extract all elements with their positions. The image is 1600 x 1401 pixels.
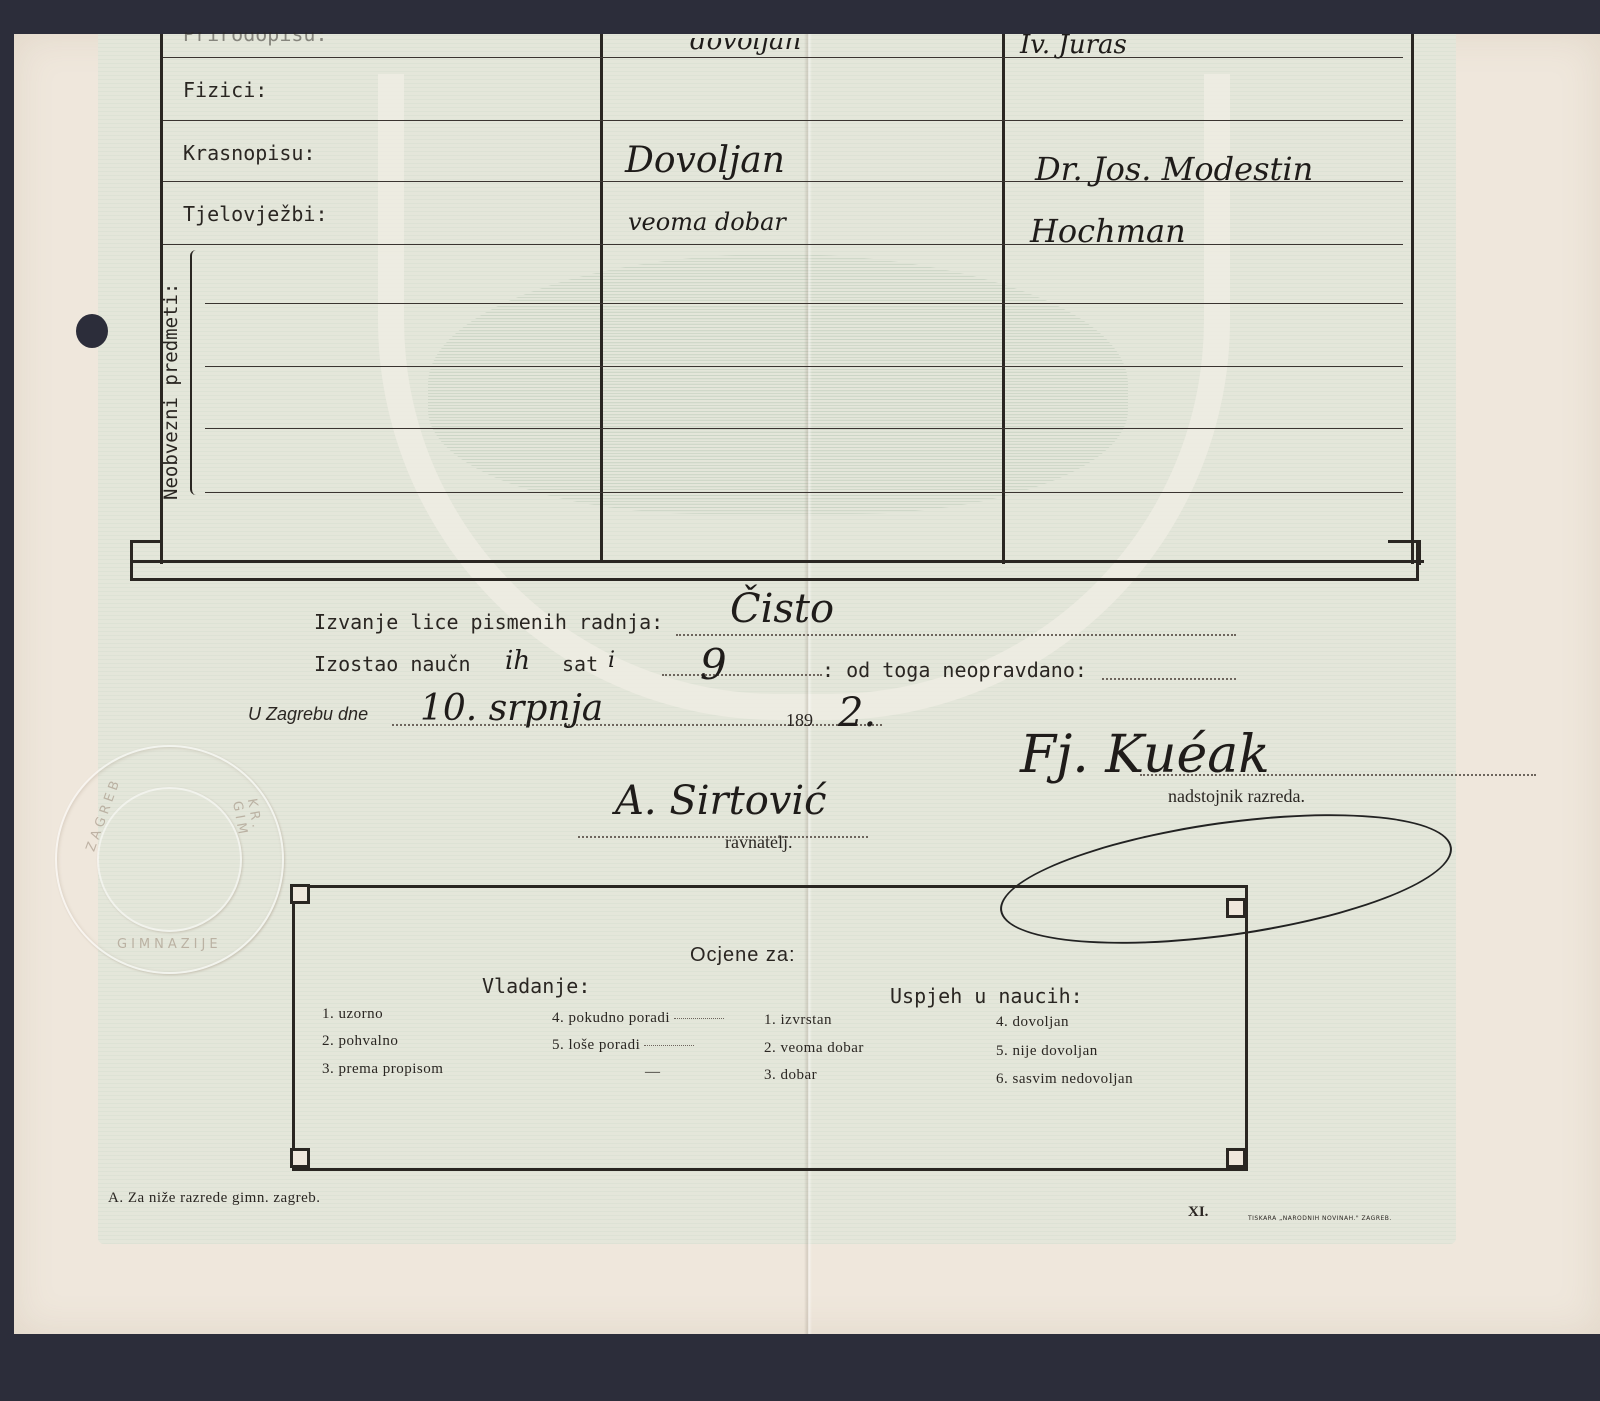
legend-corner <box>1226 898 1246 918</box>
exterior-dotted-line <box>676 634 1236 636</box>
exterior-value: Čisto <box>730 586 834 632</box>
conduct-heading: Vladanje: <box>482 974 590 998</box>
director-signature: A. Sirtović <box>615 778 827 824</box>
seal-crest <box>97 787 242 932</box>
director-label: ravnatelj. <box>725 832 792 853</box>
absent-sat-label: sat <box>562 652 598 676</box>
table-corner-left <box>130 540 167 581</box>
conduct-item: 2. pohvalno <box>322 1033 398 1050</box>
row-rule <box>163 57 1403 58</box>
success-item: 2. veoma dobar <box>764 1040 864 1057</box>
grade-gymnastics: veoma dobar <box>628 208 786 236</box>
absent-value: 9 <box>700 640 727 689</box>
table-outer-bottom <box>164 578 1389 581</box>
subject-label-physics: Fizici: <box>183 78 267 102</box>
success-item: 1. izvrstan <box>764 1012 832 1029</box>
exterior-label: Izvanje lice pismenih radnja: <box>314 610 663 634</box>
optional-subjects-label: Neobvezni predmeti: <box>160 283 182 500</box>
subject-label-partial: Prirodopisu: <box>183 22 328 46</box>
row-rule <box>163 244 1403 245</box>
conduct-item: 3. prema propisom <box>322 1061 443 1078</box>
conduct-item-label: 5. loše poradi <box>552 1037 640 1053</box>
teacher-partial: Iv. Juras <box>1020 30 1127 60</box>
unexcused-dotted-line <box>1102 678 1236 680</box>
success-item: 5. nije dovoljan <box>996 1043 1098 1060</box>
success-heading: Uspjeh u naucih: <box>890 984 1083 1008</box>
column-divider-1 <box>600 34 603 562</box>
table-bottom <box>130 560 1424 563</box>
absent-hand-1: ih <box>505 646 530 676</box>
form-code: A. Za niže razrede gimn. zagreb. <box>108 1190 321 1207</box>
date-value: 10. srpnja <box>420 688 603 729</box>
embossed-seal: ZAGREB GIMNAZIJE KR. GIM <box>55 745 284 974</box>
success-item: 4. dovoljan <box>996 1014 1069 1031</box>
column-divider-2 <box>1002 34 1005 564</box>
year-printed: 189 <box>786 710 813 731</box>
row-rule <box>205 366 1403 367</box>
conduct-item: 5. loše poradi <box>552 1037 694 1054</box>
grade-calligraphy: Dovoljan <box>625 140 785 181</box>
class-teacher-label: nadstojnik razreda. <box>1168 786 1305 807</box>
legend-title: Ocjene za: <box>690 944 796 967</box>
optional-subjects-brace <box>190 250 200 495</box>
absent-hand-2: i <box>608 648 615 673</box>
subject-label-gymnastics: Tjelovježbi: <box>183 202 328 226</box>
grade-partial: dovoljan <box>690 26 801 56</box>
teacher-gymnastics: Hochman <box>1030 212 1186 250</box>
conduct-item: 4. pokudno poradi <box>552 1010 724 1027</box>
punch-hole <box>76 314 108 348</box>
class-teacher-signature: Fj. Kuéak <box>1020 725 1270 785</box>
row-rule <box>163 120 1403 121</box>
seal-text-bottom: GIMNAZIJE <box>117 937 222 952</box>
conduct-dash: — <box>645 1064 661 1081</box>
unexcused-label: : od toga neopravdano: <box>822 658 1087 682</box>
row-rule <box>205 492 1403 493</box>
legend-corner <box>290 884 310 904</box>
year-handwritten: 2. <box>838 690 876 736</box>
printer-imprint: TISKARA „NARODNIH NOVINAH." ZAGREB. <box>1248 1215 1392 1222</box>
dotted-line <box>674 1018 724 1019</box>
place-date-label: U Zagrebu dne <box>248 704 368 725</box>
row-rule <box>205 428 1403 429</box>
row-rule <box>205 303 1403 304</box>
class-numeral: XI. <box>1188 1204 1208 1221</box>
success-item: 3. dobar <box>764 1067 817 1084</box>
absent-label: Izostao naučn <box>314 652 471 676</box>
table-corner-right <box>1386 540 1419 581</box>
conduct-item-label: 4. pokudno poradi <box>552 1010 670 1026</box>
success-item: 6. sasvim nedovoljan <box>996 1071 1133 1088</box>
absent-dotted-line <box>662 674 822 676</box>
class-teacher-dotted-line <box>1140 774 1536 776</box>
subject-label-calligraphy: Krasnopisu: <box>183 141 315 165</box>
dotted-line <box>644 1045 694 1046</box>
director-dotted-line <box>578 836 868 838</box>
table-frame <box>160 34 1414 564</box>
conduct-item: 1. uzorno <box>322 1006 383 1023</box>
teacher-calligraphy: Dr. Jos. Modestin <box>1035 150 1313 188</box>
legend-corner <box>290 1148 310 1168</box>
legend-corner <box>1226 1148 1246 1168</box>
